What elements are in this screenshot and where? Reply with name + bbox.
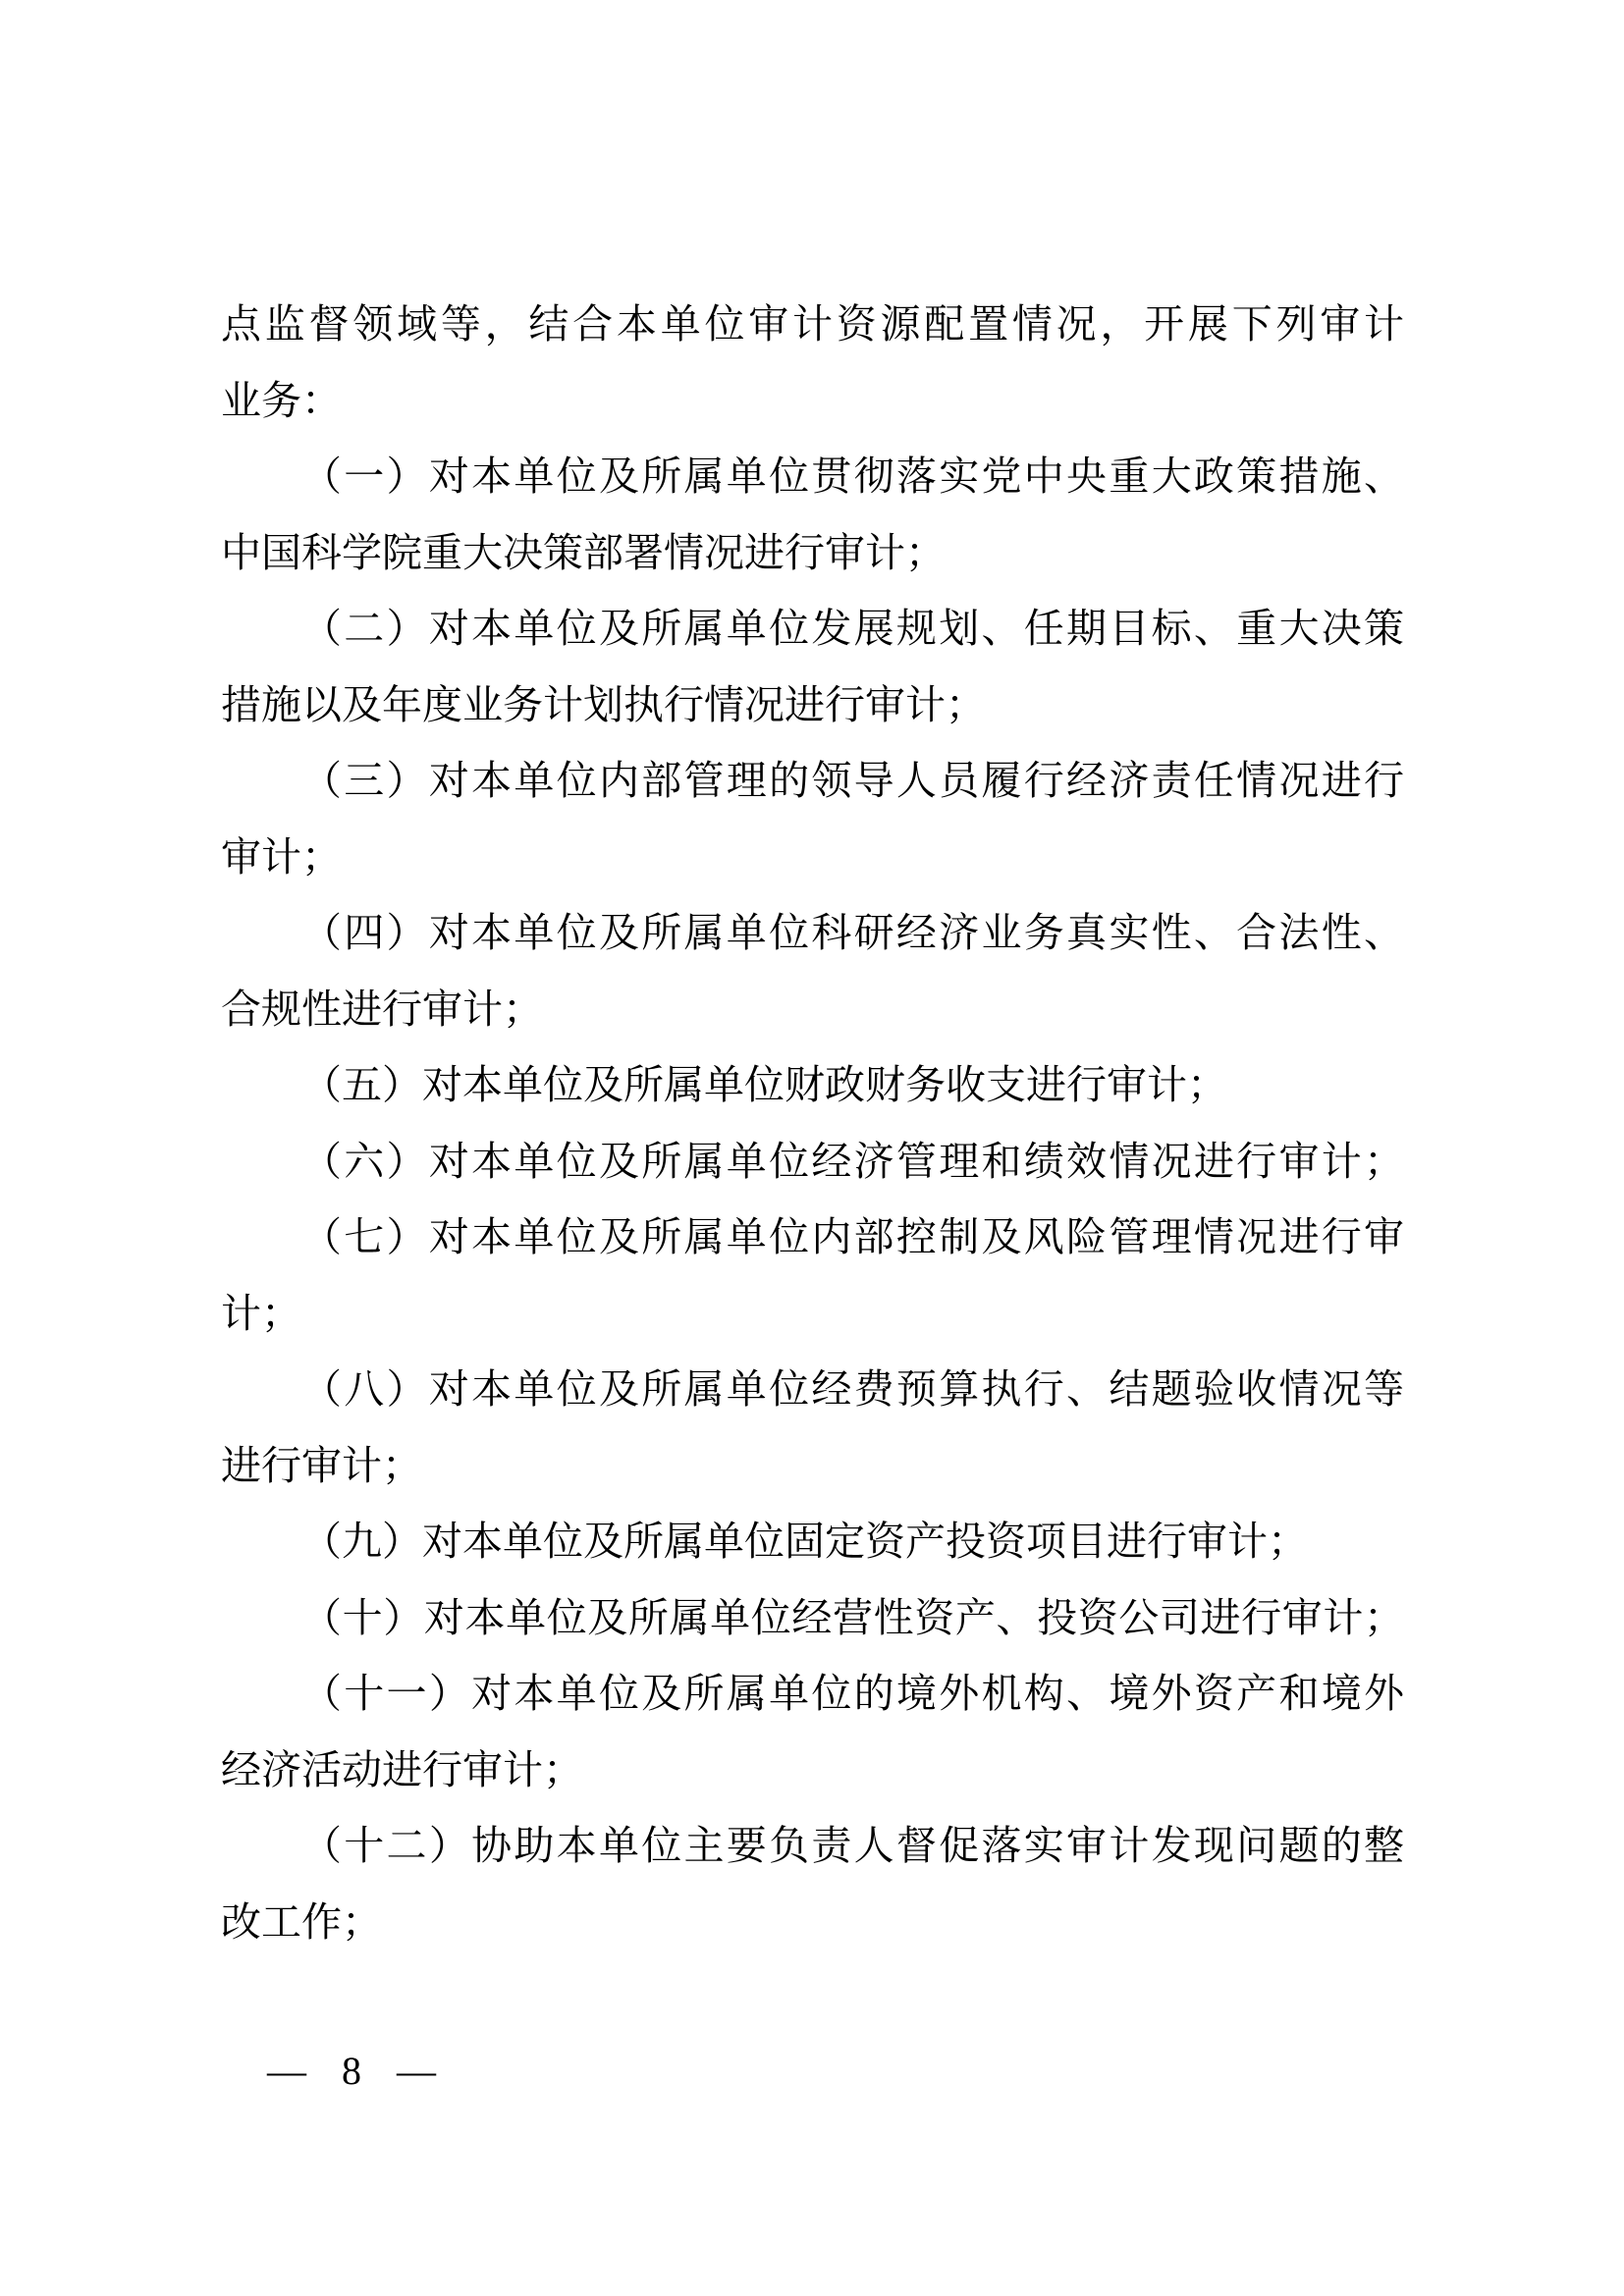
- text-line: 经济活动进行审计；: [221, 1733, 1404, 1809]
- text-line: （十）对本单位及所属单位经营性资产、投资公司进行审计；: [221, 1580, 1404, 1657]
- text-line: 合规性进行审计；: [221, 972, 1404, 1048]
- text-line: （四）对本单位及所属单位科研经济业务真实性、合法性、: [221, 895, 1404, 972]
- text-line: （二）对本单位及所属单位发展规划、任期目标、重大决策: [221, 591, 1404, 667]
- text-line: （九）对本单位及所属单位固定资产投资项目进行审计；: [221, 1504, 1404, 1580]
- text-line: 业务：: [221, 363, 1404, 440]
- footer-dash-left: —: [267, 2045, 306, 2098]
- text-line: （七）对本单位及所属单位内部控制及风险管理情况进行审: [221, 1200, 1404, 1276]
- text-line: （十一）对本单位及所属单位的境外机构、境外资产和境外: [221, 1656, 1404, 1733]
- footer-dash-right: —: [397, 2045, 436, 2098]
- text-line: （十二）协助本单位主要负责人督促落实审计发现问题的整: [221, 1808, 1404, 1885]
- text-line: （五）对本单位及所属单位财政财务收支进行审计；: [221, 1047, 1404, 1124]
- text-line: 计；: [221, 1276, 1404, 1353]
- page-number: 8: [342, 2045, 361, 2098]
- text-line: （八）对本单位及所属单位经费预算执行、结题验收情况等: [221, 1352, 1404, 1428]
- page-footer: — 8 —: [267, 2045, 436, 2098]
- text-line: （一）对本单位及所属单位贯彻落实党中央重大政策措施、: [221, 439, 1404, 515]
- text-line: 措施以及年度业务计划执行情况进行审计；: [221, 667, 1404, 744]
- text-line: 进行审计；: [221, 1428, 1404, 1505]
- text-line: （三）对本单位内部管理的领导人员履行经济责任情况进行: [221, 743, 1404, 820]
- text-line: （六）对本单位及所属单位经济管理和绩效情况进行审计；: [221, 1124, 1404, 1201]
- text-line: 点监督领域等，结合本单位审计资源配置情况，开展下列审计: [221, 287, 1404, 363]
- text-line: 审计；: [221, 820, 1404, 896]
- text-line: 改工作；: [221, 1885, 1404, 1961]
- document-page: 点监督领域等，结合本单位审计资源配置情况，开展下列审计 业务： （一）对本单位及…: [0, 0, 1624, 2296]
- text-line: 中国科学院重大决策部署情况进行审计；: [221, 515, 1404, 592]
- text-block: 点监督领域等，结合本单位审计资源配置情况，开展下列审计 业务： （一）对本单位及…: [221, 287, 1404, 1960]
